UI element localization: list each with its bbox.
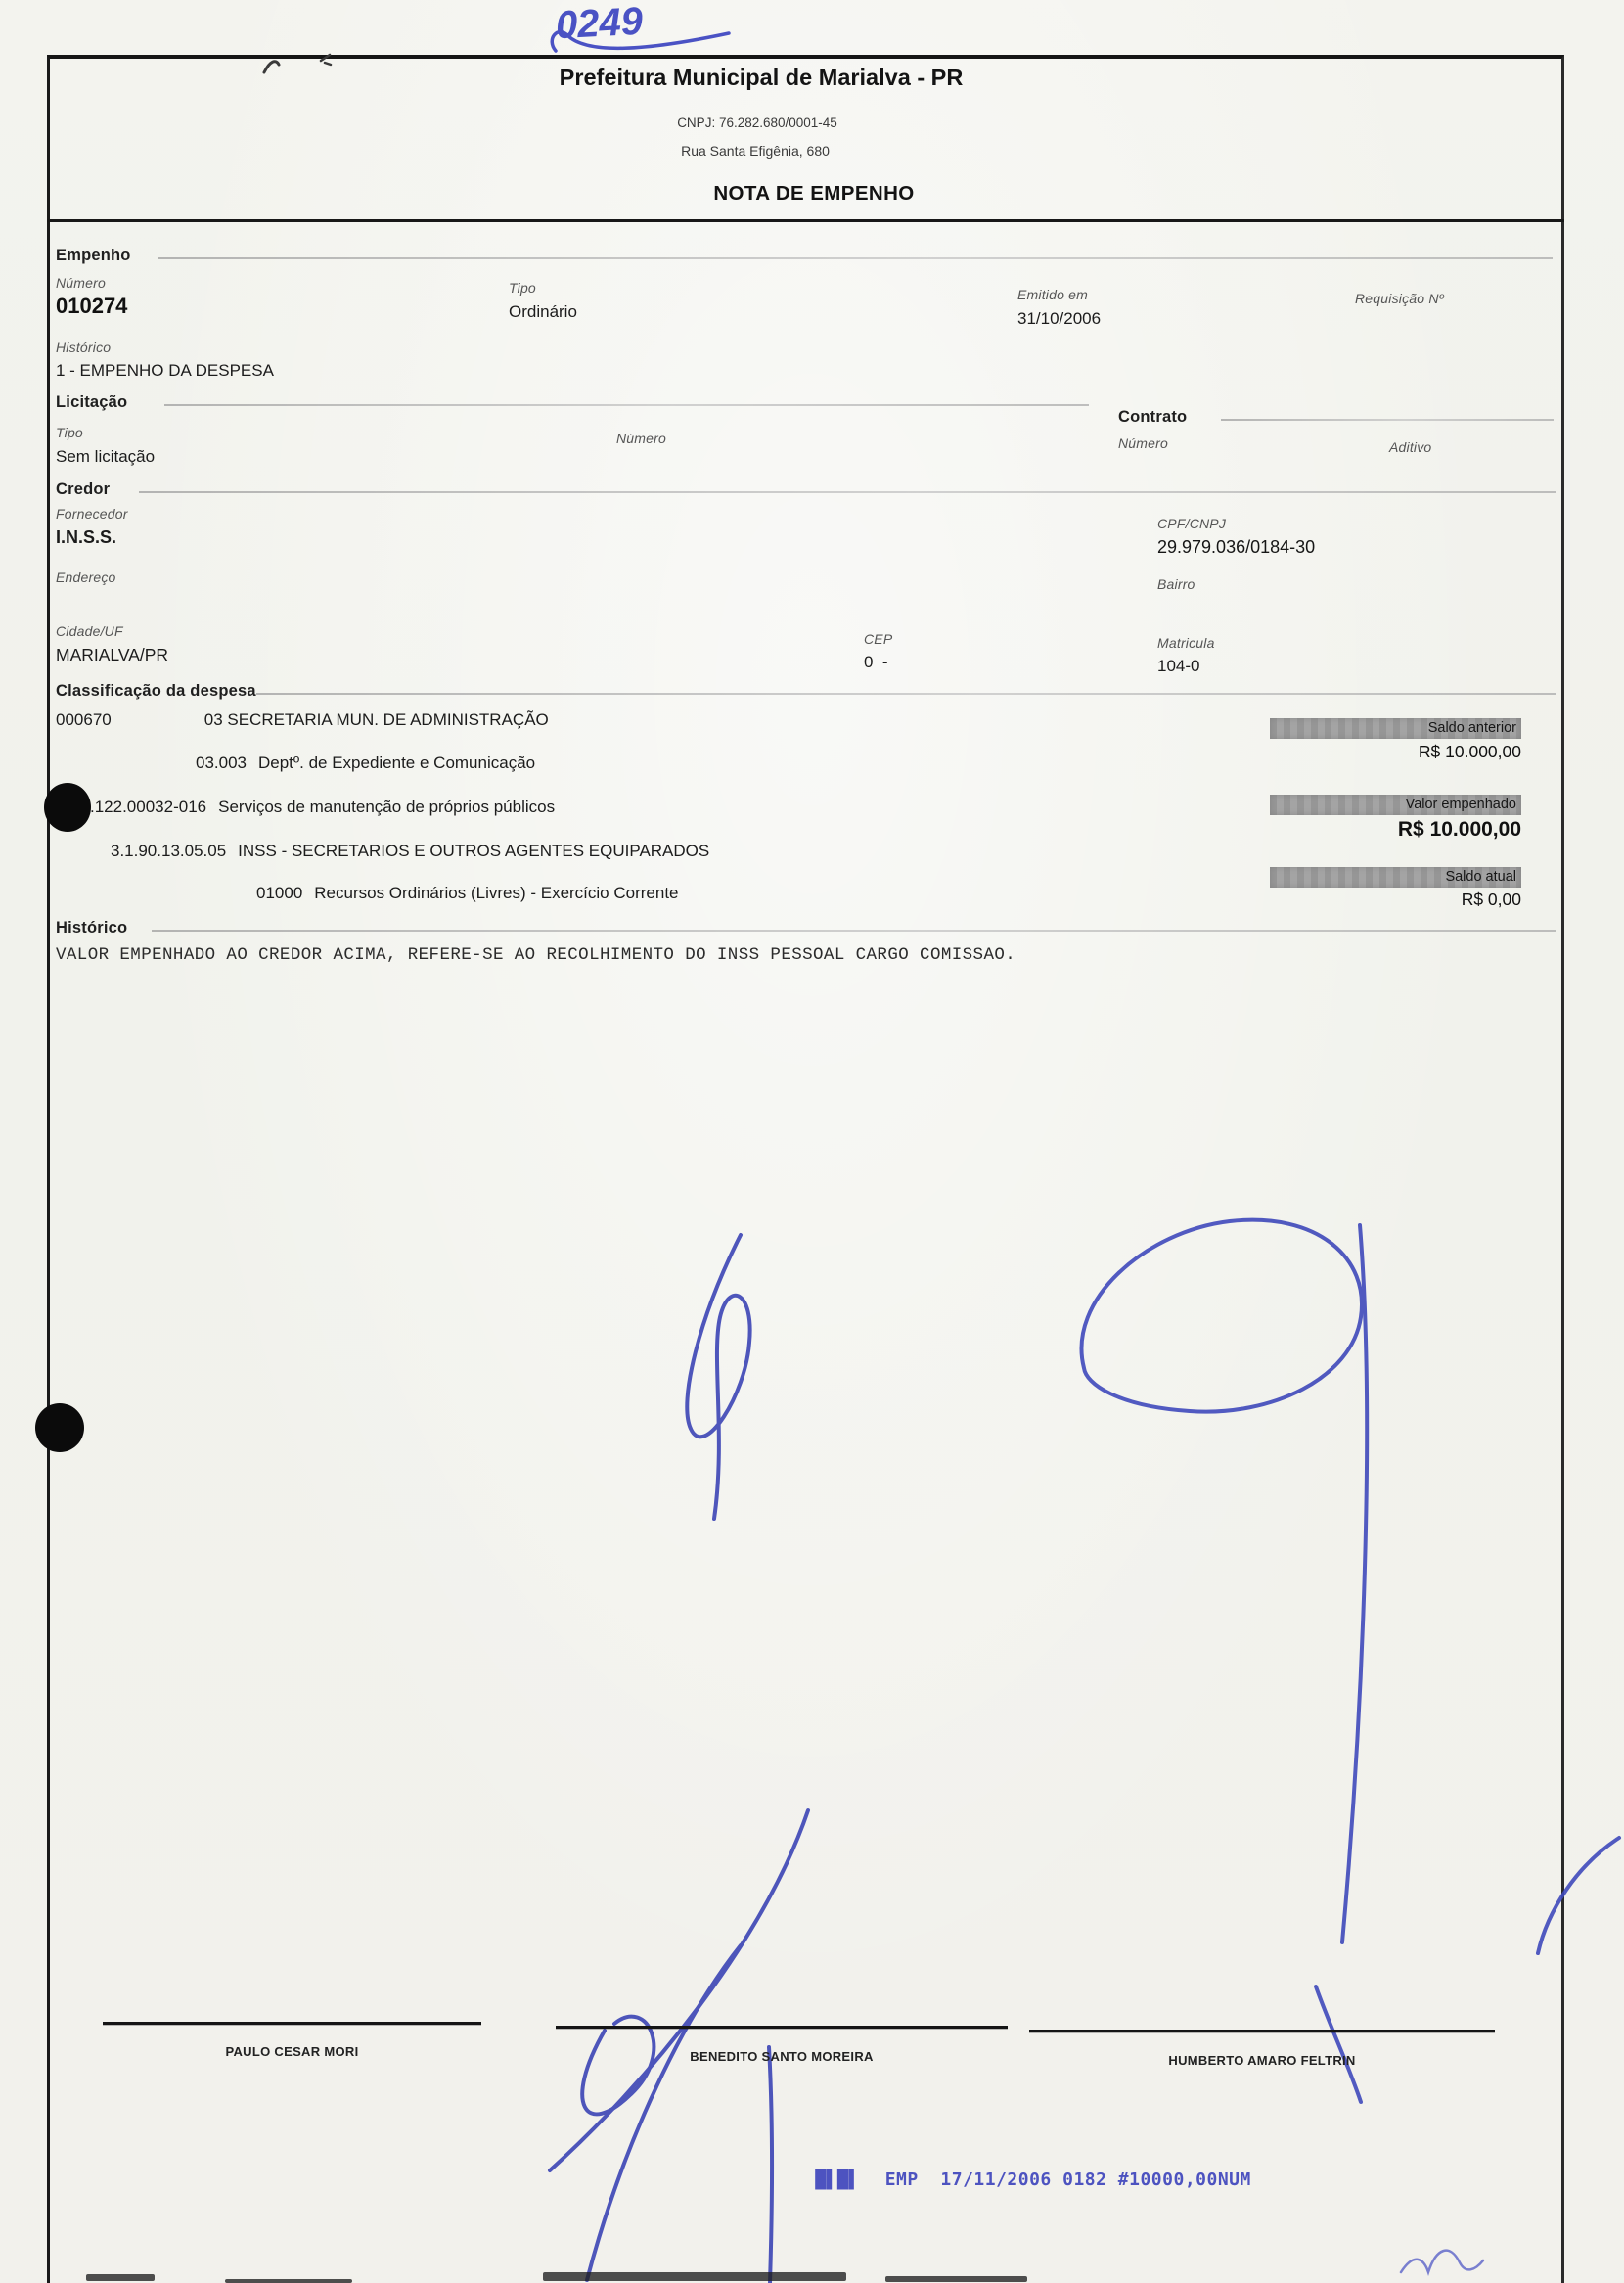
signatory-name: BENEDITO SANTO MOREIRA <box>556 2049 1008 2064</box>
scanned-document-page: 0249 Prefeitura Municipal de Marialva - … <box>0 0 1624 2283</box>
stamp-block-glyphs: █▌█▌ <box>815 2169 859 2190</box>
signatory-name: HUMBERTO AMARO FELTRIN <box>1029 2053 1495 2068</box>
scan-artifact <box>543 2272 846 2281</box>
dot-matrix-stamp: █▌█▌EMP 17/11/2006 0182 #10000,00NUM <box>771 2149 1251 2211</box>
signature-line <box>556 2026 1008 2029</box>
signature-line <box>1029 2030 1495 2032</box>
signature-ink-humberto <box>0 0 1624 2283</box>
signature-line <box>103 2022 481 2025</box>
handwritten-scribble <box>1389 2241 1497 2283</box>
stamp-text: EMP 17/11/2006 0182 #10000,00NUM <box>885 2169 1251 2190</box>
scan-artifact <box>86 2274 155 2281</box>
scan-artifact <box>225 2279 352 2283</box>
signatory-name: PAULO CESAR MORI <box>103 2044 481 2059</box>
scan-artifact <box>885 2276 1027 2282</box>
